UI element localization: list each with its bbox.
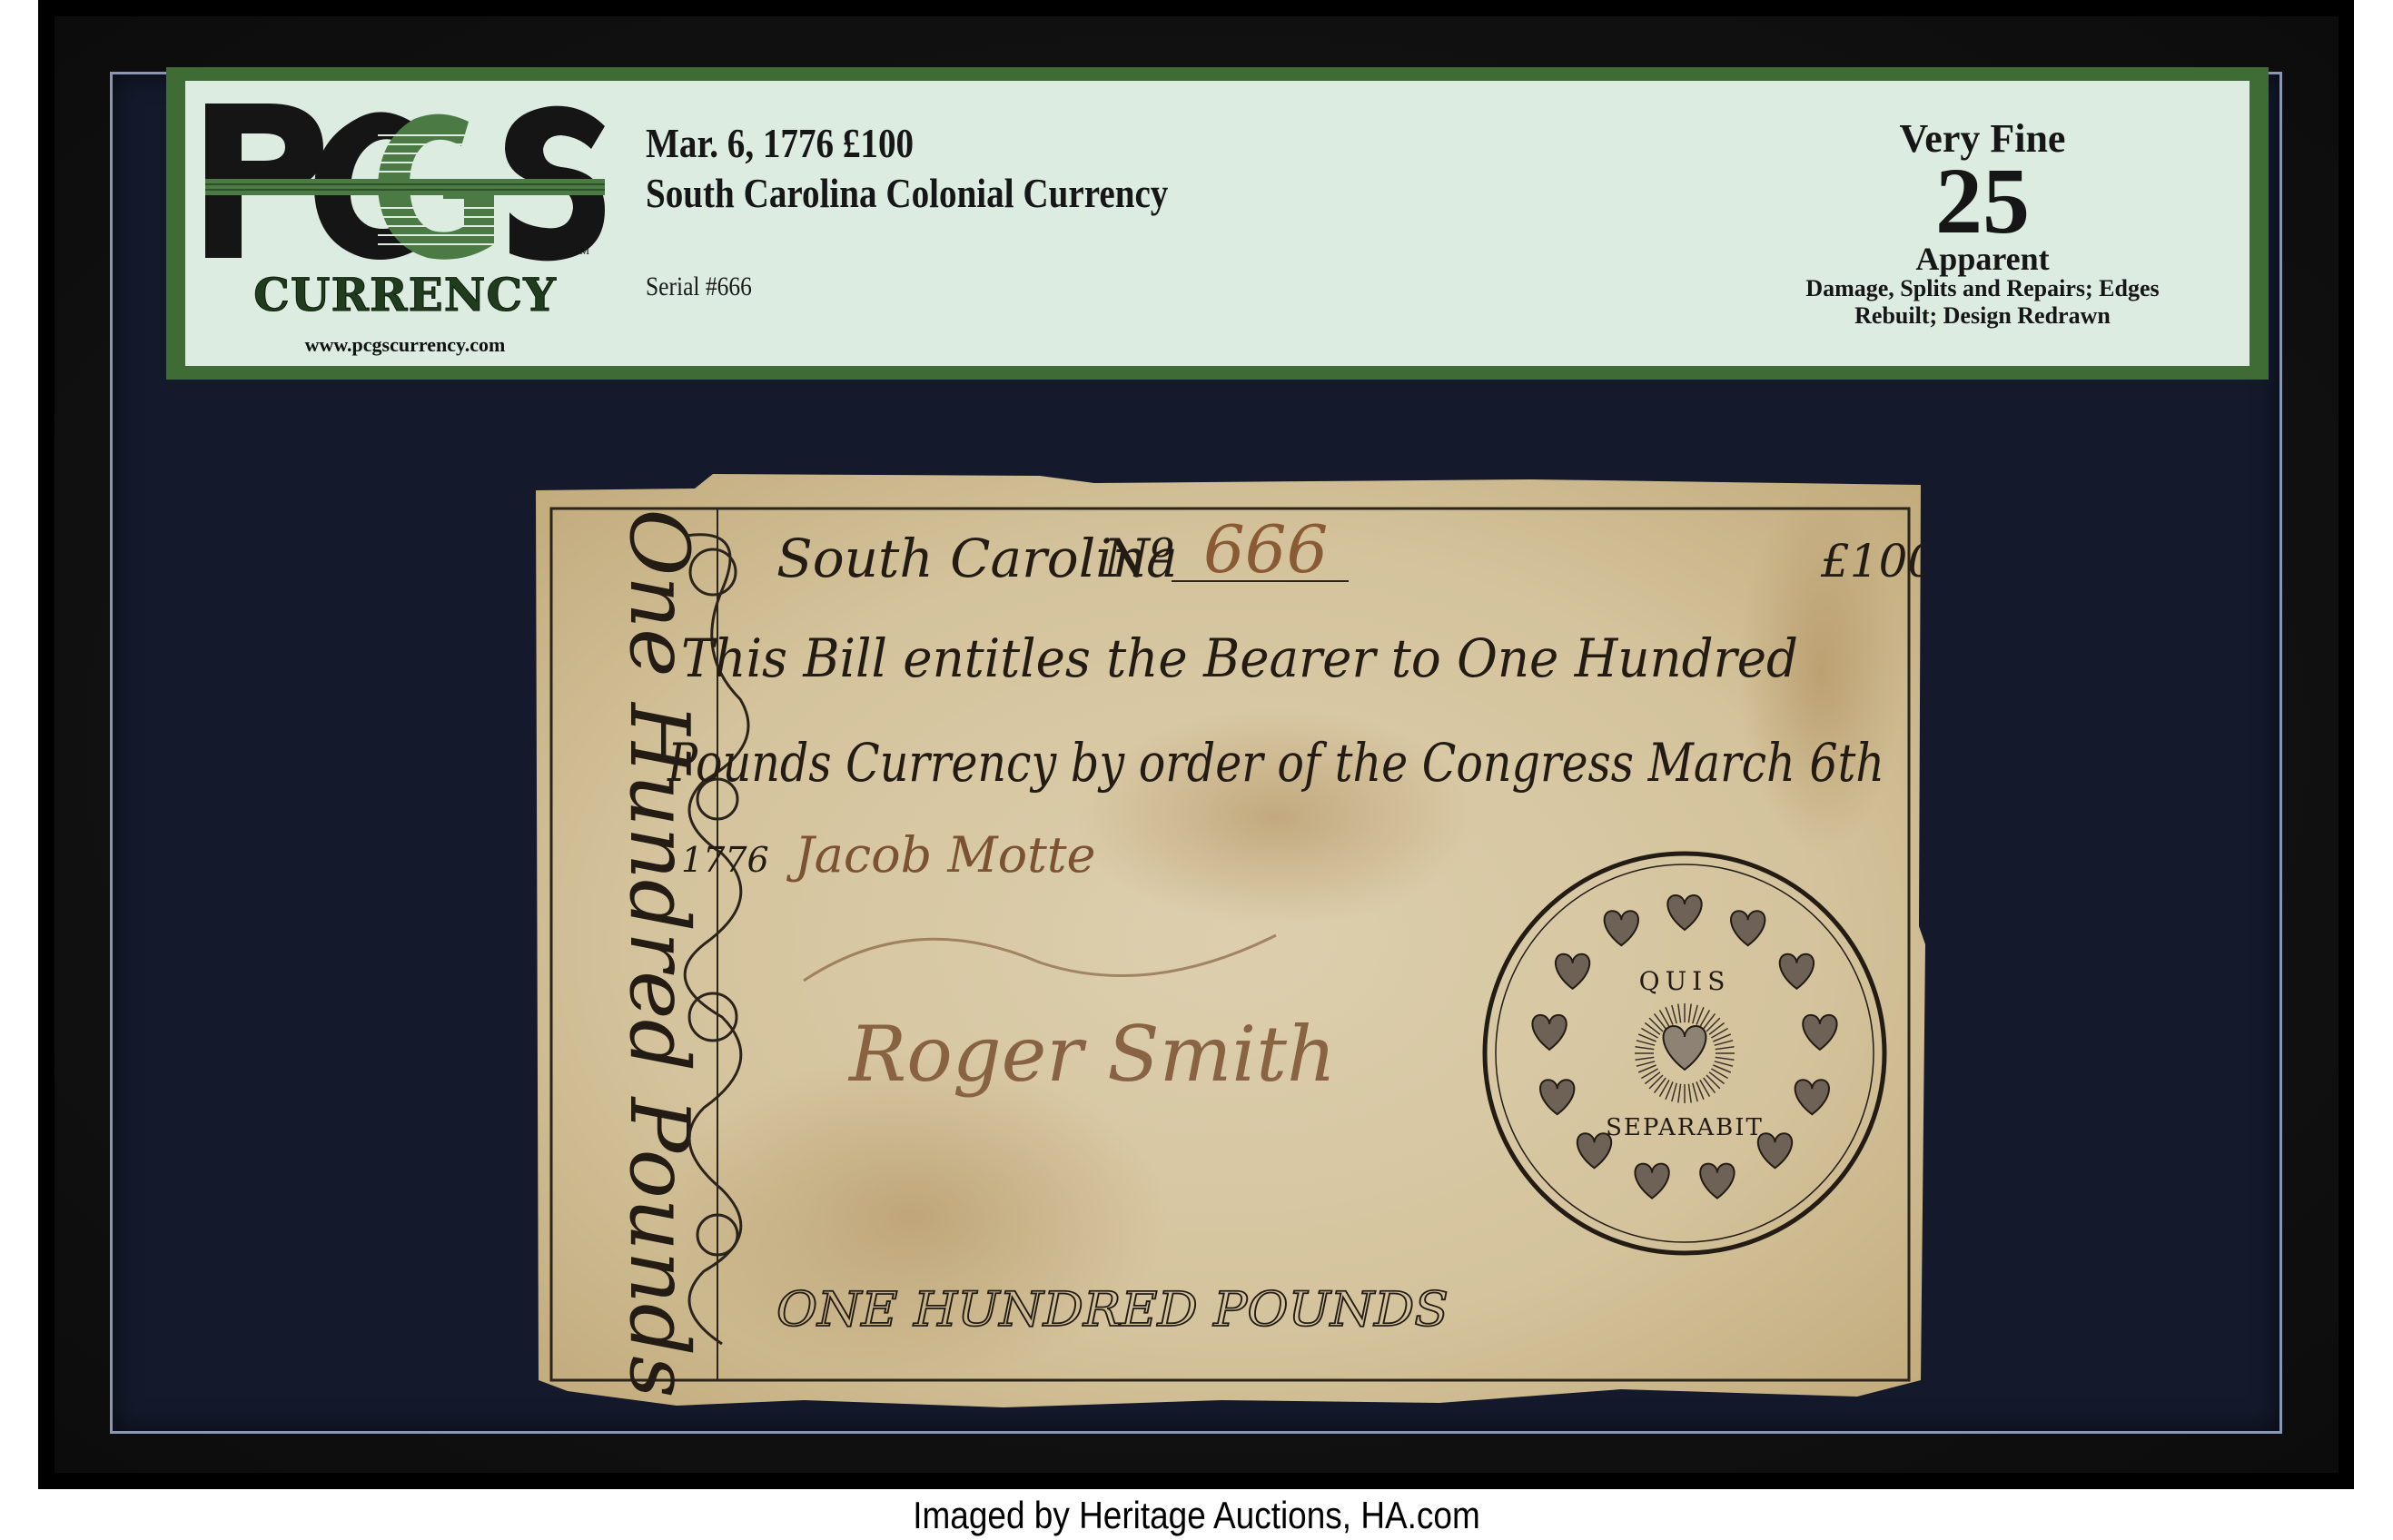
svg-text:QUIS: QUIS: [1639, 966, 1731, 996]
signature-1: Jacob Motte: [786, 826, 1096, 884]
banknote-image: One Hundred Pounds South Carolina Nº 666…: [531, 472, 1925, 1417]
pcgs-logo-icon: [205, 99, 605, 262]
grade-block: Very Fine 25 Apparent Damage, Splits and…: [1728, 117, 2237, 330]
note-number-prefix: Nº: [1102, 528, 1174, 589]
banknote: One Hundred Pounds South Carolina Nº 666…: [531, 472, 1925, 1417]
pcgs-logo: TM CURRENCY www.pcgscurrency.com: [205, 99, 605, 362]
signature-2: Roger Smith: [847, 1010, 1336, 1099]
grade-number: 25: [1728, 161, 2237, 242]
serial-number: Serial #666: [646, 271, 752, 302]
grade-notes-line-1: Damage, Splits and Repairs; Edges: [1728, 275, 2237, 302]
label-panel: TM CURRENCY www.pcgscurrency.com Mar. 6,…: [185, 81, 2250, 366]
svg-text:SEPARABIT: SEPARABIT: [1606, 1114, 1764, 1141]
logo-currency-text: CURRENCY: [205, 268, 605, 321]
note-denomination: £100: [1820, 535, 1925, 587]
note-text-line-2: Pounds Currency by order of the Congress…: [667, 732, 1884, 794]
note-serial-handwritten: 666: [1203, 511, 1328, 587]
website-link[interactable]: www.pcgscurrency.com: [205, 333, 605, 357]
image-credit-caption: Imaged by Heritage Auctions, HA.com: [143, 1491, 2250, 1540]
note-bottom-text: ONE HUNDRED POUNDS: [776, 1283, 1449, 1338]
pcgs-label: TM CURRENCY www.pcgscurrency.com Mar. 6,…: [166, 67, 2269, 380]
note-text-line-1: This Bill entitles the Bearer to One Hun…: [681, 627, 1798, 689]
note-year: 1776: [681, 840, 769, 880]
note-title: Mar. 6, 1776 £100: [646, 119, 914, 167]
note-subtitle: South Carolina Colonial Currency: [646, 169, 1168, 217]
grade-notes-line-2: Rebuilt; Design Redrawn: [1728, 302, 2237, 330]
grade-qualifier: Apparent: [1728, 242, 2237, 275]
trademark-mark: TM: [573, 244, 589, 258]
